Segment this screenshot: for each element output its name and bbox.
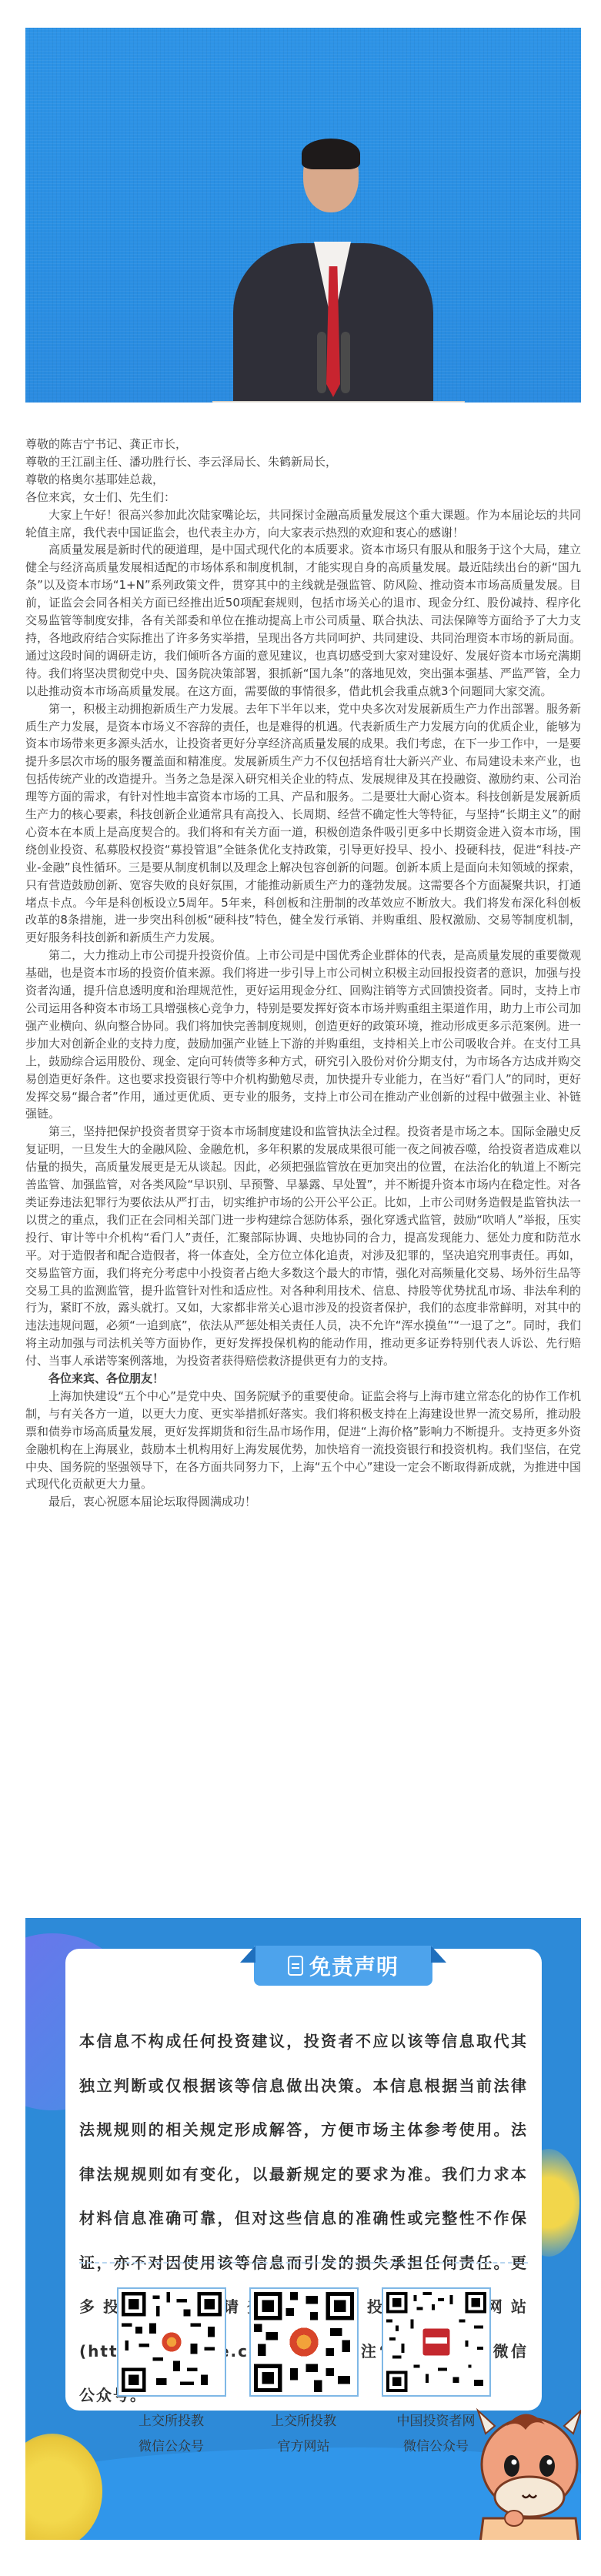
microphone-icon: [341, 332, 350, 393]
qr-label: 上交所投教 微信公众号: [139, 2409, 204, 2460]
clipboard-icon: [288, 1956, 303, 1976]
speech-text: 尊敬的陈吉宁书记、龚正市长， 尊敬的王江副主任、潘功胜行长、李云泽局长、朱鹤新局…: [25, 436, 581, 1511]
qr-sse-wechat: 上交所投教 微信公众号: [117, 2287, 226, 2460]
salutation: 尊敬的格奥尔基耶娃总裁，: [25, 471, 581, 489]
disclaimer-card: 免责声明 本信息不构成任何投资建议，投资者不应以该等信息取代其独立判断或仅根据该…: [65, 1949, 542, 2411]
qr-label: 上交所投教 官方网站: [271, 2409, 336, 2460]
paragraph-point-two: 第二，大力推动上市公司提升投资价值。上市公司是中国优秀企业群体的代表，是高质量发…: [25, 947, 581, 1123]
paragraph-high-quality: 高质量发展是新时代的硬道理，是中国式现代化的本质要求。资本市场只有服从和服务于这…: [25, 541, 581, 700]
qr-label: 中国投资者网 微信公众号: [397, 2409, 476, 2460]
speaker-hair: [302, 139, 360, 169]
qr-code-icon[interactable]: [117, 2287, 226, 2397]
paragraph-point-three: 第三，坚持把保护投资者贯穿于资本市场制度建设和监管执法全过程。投资者是市场之本。…: [25, 1123, 581, 1370]
paragraph-shanghai: 上海加快建设“五个中心”是党中央、国务院赋予的重要使命。证监会将与上海市建立常态…: [25, 1388, 581, 1493]
microphone-icon: [317, 332, 326, 393]
qr-sse-website: 上交所投教 官方网站: [249, 2287, 359, 2460]
podium: LUJIAZUI FORUM 2024 陆家嘴论坛: [212, 401, 465, 403]
paragraph-point-one: 第一，积极主动拥抱新质生产力发展。去年下半年以来，党中央多次对发展新质生产力作出…: [25, 700, 581, 947]
disclaimer-banner: 免责声明 本信息不构成任何投资建议，投资者不应以该等信息取代其独立判断或仅根据该…: [25, 1918, 581, 2540]
disclaimer-title-tab: 免责声明: [254, 1946, 432, 1986]
speaker-photo: LUJIAZUI FORUM 2024 陆家嘴论坛: [25, 28, 581, 403]
bold-address: 各位来宾、各位朋友！: [25, 1370, 581, 1388]
disclaimer-title: 免责声明: [309, 1950, 399, 1981]
qr-code-row: 上交所投教 微信公众号: [65, 2287, 542, 2460]
bull-mascot-icon: [472, 2403, 581, 2540]
salutation: 各位来宾，女士们、先生们：: [25, 489, 581, 506]
paragraph-opening: 大家上午好！很高兴参加此次陆家嘴论坛，共同探讨金融高质量发展这个重大课题。作为本…: [25, 506, 581, 542]
dashed-divider: [79, 2262, 528, 2264]
paragraph-closing: 最后，衷心祝愿本届论坛取得圆满成功！: [25, 1493, 581, 1511]
salutation: 尊敬的陈吉宁书记、龚正市长，: [25, 436, 581, 453]
article-page: LUJIAZUI FORUM 2024 陆家嘴论坛 尊敬的陈吉宁书记、龚正市长，…: [0, 0, 601, 2576]
qr-code-icon[interactable]: [249, 2287, 359, 2397]
qr-code-icon[interactable]: [382, 2287, 491, 2397]
salutation: 尊敬的王江副主任、潘功胜行长、李云泽局长、朱鹤新局长，: [25, 453, 581, 471]
